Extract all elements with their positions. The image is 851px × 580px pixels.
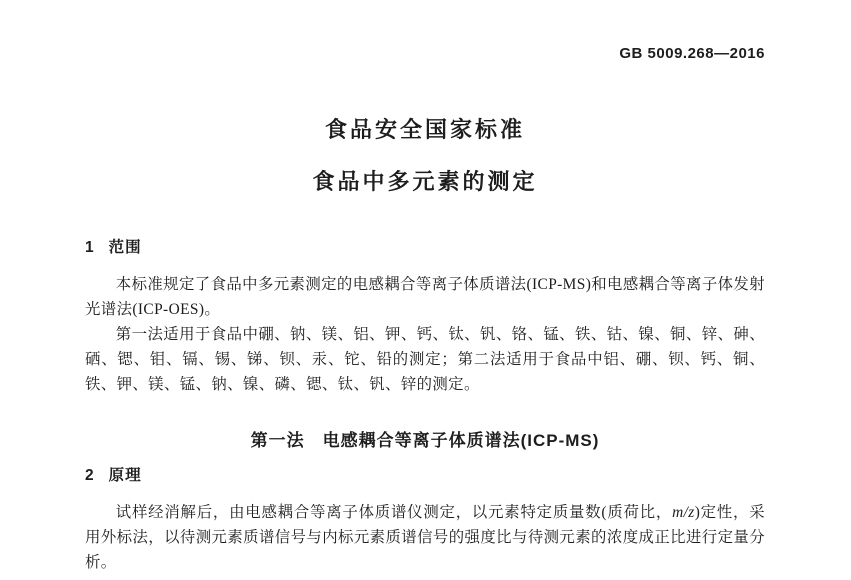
document-page: GB 5009.268—2016 食品安全国家标准 食品中多元素的测定 1 范围… bbox=[0, 0, 851, 580]
mz-variable: m/z bbox=[672, 504, 695, 521]
section-principle-number: 2 bbox=[85, 467, 95, 484]
section-principle-heading: 2 原理 bbox=[85, 467, 765, 484]
method-1-heading: 第一法 电感耦合等离子体质谱法(ICP-MS) bbox=[85, 431, 765, 450]
standard-code: GB 5009.268—2016 bbox=[85, 46, 765, 62]
scope-paragraph-2: 第一法适用于食品中硼、钠、镁、铝、钾、钙、钛、钒、铬、锰、铁、钴、镍、铜、锌、砷… bbox=[85, 322, 765, 397]
document-title: 食品安全国家标准 bbox=[85, 117, 765, 143]
principle-text-before-mz: 试样经消解后，由电感耦合等离子体质谱仪测定，以元素特定质量数(质荷比， bbox=[116, 504, 672, 521]
section-scope-heading: 1 范围 bbox=[85, 239, 765, 256]
principle-paragraph: 试样经消解后，由电感耦合等离子体质谱仪测定，以元素特定质量数(质荷比，m/z)定… bbox=[85, 500, 765, 575]
document-subtitle: 食品中多元素的测定 bbox=[85, 169, 765, 195]
section-scope-number: 1 bbox=[85, 239, 95, 256]
scope-paragraph-1: 本标准规定了食品中多元素测定的电感耦合等离子体质谱法(ICP-MS)和电感耦合等… bbox=[85, 272, 765, 322]
section-scope-title: 范围 bbox=[109, 239, 142, 256]
section-principle-title: 原理 bbox=[109, 467, 142, 484]
